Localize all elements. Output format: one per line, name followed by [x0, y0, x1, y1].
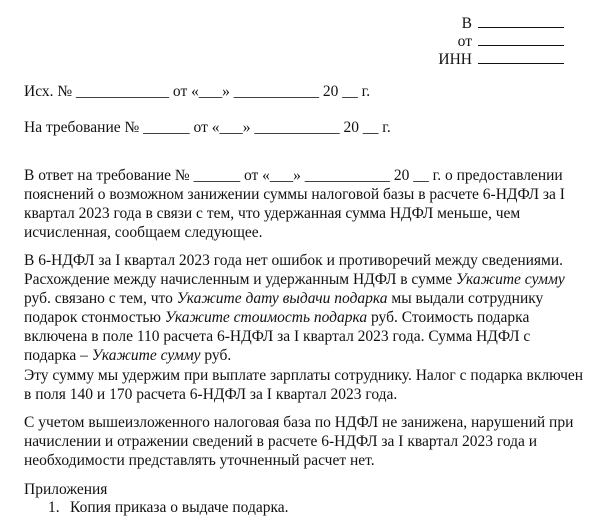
paragraph-conclusion: С учетом вышеизложенного налоговая база …	[24, 413, 584, 470]
placeholder-gift-date: Укажите дату выдачи подарка	[177, 290, 388, 307]
paragraph-intro: В ответ на требование № ______ от «___» …	[24, 166, 584, 242]
inn-field	[478, 50, 564, 64]
placeholder-gift-cost: Укажите стоимость подарка	[165, 309, 367, 326]
outgoing-number-line: Исх. № ____________ от «___» ___________…	[24, 82, 370, 101]
placeholder-amount: Укажите сумму	[456, 271, 565, 288]
inn-label: ИНН	[438, 50, 472, 69]
text: руб.	[201, 347, 232, 364]
list-item-number: 1.	[48, 498, 70, 517]
from-label: от	[458, 32, 472, 51]
placeholder-tax-amount: Укажите сумму	[92, 347, 201, 364]
paragraph-explanation: В 6-НДФЛ за I квартал 2023 года нет ошиб…	[24, 251, 584, 365]
attachments-title: Приложения	[24, 480, 107, 499]
list-item-text: Копия приказа о выдаче подарка.	[70, 499, 289, 516]
from-field	[478, 32, 564, 46]
paragraph-intro-text: В ответ на требование № ______ от «___» …	[24, 166, 584, 242]
text: руб. связано с тем, что	[24, 290, 177, 307]
to-label: В	[462, 14, 472, 33]
paragraph-withholding-text: Эту сумму мы удержим при выплате зарплат…	[24, 366, 584, 404]
paragraph-conclusion-text: С учетом вышеизложенного налоговая база …	[24, 413, 584, 470]
to-field	[478, 14, 564, 28]
addressee-block: В от ИНН	[374, 14, 564, 68]
request-reference-line: На требование № ______ от «___» ________…	[24, 118, 391, 137]
paragraph-withholding: Эту сумму мы удержим при выплате зарплат…	[24, 366, 584, 404]
attachments-list: 1.Копия приказа о выдаче подарка.	[48, 498, 289, 517]
list-item: 1.Копия приказа о выдаче подарка.	[48, 498, 289, 517]
